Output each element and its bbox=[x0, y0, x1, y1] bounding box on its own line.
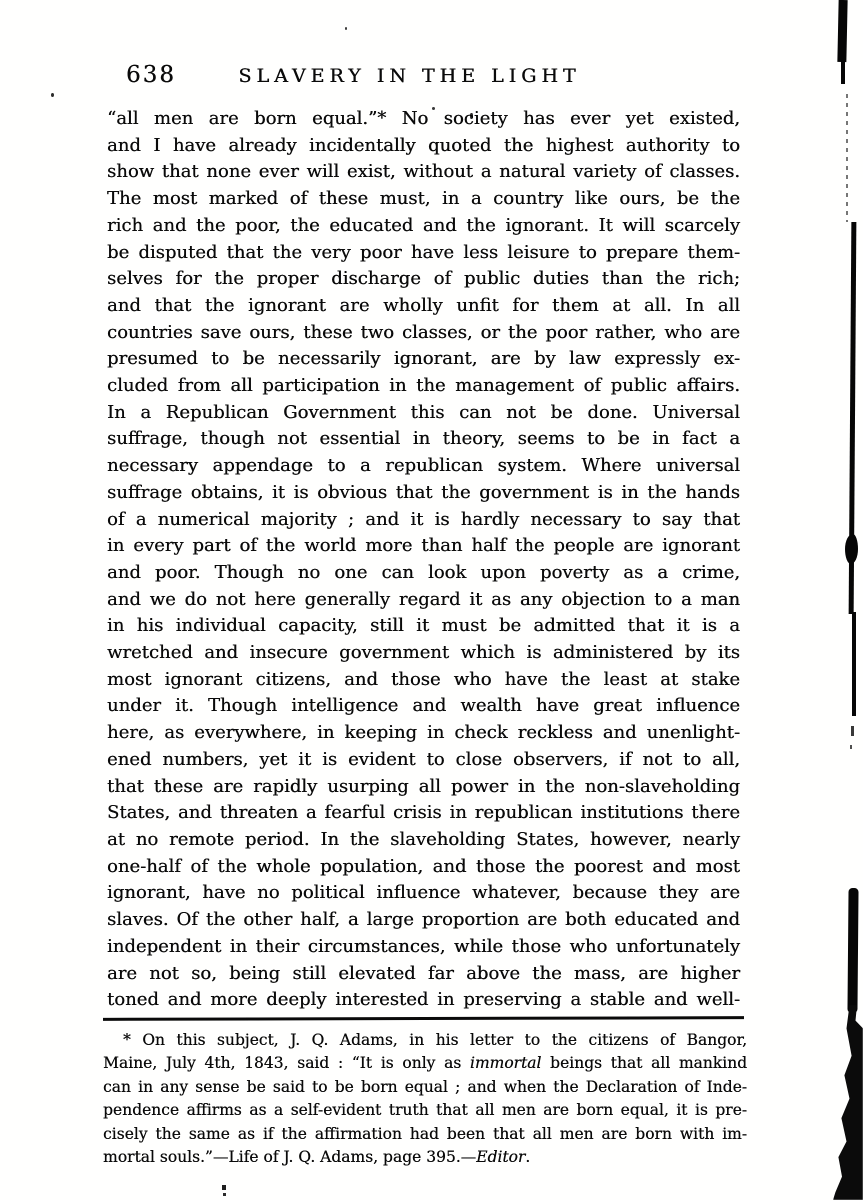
body-text-line: under it. Though intelligence and wealth… bbox=[107, 693, 740, 720]
footnote: * On this subject, J. Q. Adams, in his l… bbox=[103, 1029, 747, 1169]
body-text-line: In a Republican Government this can not … bbox=[107, 400, 740, 427]
footnote-text: mortal souls.”—Life of J. Q. Adams, page… bbox=[103, 1148, 476, 1166]
body-text-line: in his individual capacity, still it mus… bbox=[107, 613, 740, 640]
body-text-line: ignorant, have no political influence wh… bbox=[107, 880, 740, 907]
footnote-line: Maine, July 4th, 1843, said : “It is onl… bbox=[103, 1052, 747, 1075]
scan-artifact-bottom-mark-2 bbox=[223, 1193, 226, 1196]
body-text-line: rich and the poor, the educated and the … bbox=[107, 213, 740, 240]
footnote-line: can in any sense be said to be born equa… bbox=[103, 1076, 747, 1099]
body-text-line: be disputed that the very poor have less… bbox=[107, 240, 740, 267]
scan-artifact-right-line-lower bbox=[852, 612, 856, 716]
scan-artifact-right-dot-2 bbox=[850, 745, 852, 749]
scan-artifact-top-right-taper bbox=[841, 60, 845, 84]
body-text-line: independent in their circumstances, whil… bbox=[107, 934, 740, 961]
scan-artifact-speck-2 bbox=[345, 27, 347, 30]
body-text-line: most ignorant citizens, and those who ha… bbox=[107, 667, 740, 694]
body-text-line: necessary appendage to a republican syst… bbox=[107, 453, 740, 480]
body-text-line: are not so, being still elevated far abo… bbox=[107, 961, 740, 988]
book-page: 638 SLAVERY IN THE LIGHT “all men are bo… bbox=[0, 0, 863, 1200]
body-text-line: selves for the proper discharge of publi… bbox=[107, 266, 740, 293]
body-text-line: and that the ignorant are wholly unfit f… bbox=[107, 293, 740, 320]
footnote-rule bbox=[103, 1016, 744, 1021]
footnote-text: * On this subject, J. Q. Adams, in his l… bbox=[123, 1031, 747, 1049]
body-text-line: of a numerical majority ; and it is hard… bbox=[107, 507, 740, 534]
body-text-line: “all men are born equal.”* No society ha… bbox=[107, 106, 740, 133]
body-text-line: at no remote period. In the slaveholding… bbox=[107, 827, 740, 854]
body-text-line: States, and threaten a fearful crisis in… bbox=[107, 800, 740, 827]
scan-artifact-speck-4 bbox=[432, 107, 435, 110]
body-text-line: one-half of the whole population, and th… bbox=[107, 854, 740, 881]
body-text-line: slaves. Of the other half, a large propo… bbox=[107, 907, 740, 934]
scan-artifact-top-right-bar bbox=[837, 0, 847, 62]
footnote-text: pendence affirms as a self-evident truth… bbox=[103, 1101, 747, 1119]
body-text-line: The most marked of these must, in a coun… bbox=[107, 186, 740, 213]
body-text-line: ened numbers, yet it is evident to close… bbox=[107, 747, 740, 774]
body-text-line: suffrage obtains, it is obvious that the… bbox=[107, 480, 740, 507]
footnote-line: cisely the same as if the affirmation ha… bbox=[103, 1123, 747, 1146]
body-text-line: presumed to be necessarily ignorant, are… bbox=[107, 346, 740, 373]
footnote-text: . bbox=[525, 1148, 530, 1166]
body-text-line: and I have already incidentally quoted t… bbox=[107, 133, 740, 160]
page-header: 638 SLAVERY IN THE LIGHT bbox=[107, 61, 740, 93]
scan-artifact-bottom-mark-1 bbox=[222, 1185, 226, 1190]
body-text: “all men are born equal.”* No society ha… bbox=[107, 106, 740, 1014]
running-head: SLAVERY IN THE LIGHT bbox=[93, 65, 726, 87]
body-text-line: suffrage, though not essential in theory… bbox=[107, 426, 740, 453]
body-text-line: wretched and insecure government which i… bbox=[107, 640, 740, 667]
body-text-line: show that none ever will exist, without … bbox=[107, 159, 740, 186]
footnote-line: mortal souls.”—Life of J. Q. Adams, page… bbox=[103, 1146, 747, 1169]
body-text-line: cluded from all participation in the man… bbox=[107, 373, 740, 400]
body-text-line: countries save ours, these two classes, … bbox=[107, 320, 740, 347]
body-text-line: and poor. Though no one can look upon po… bbox=[107, 560, 740, 587]
footnote-text: cisely the same as if the affirmation ha… bbox=[103, 1125, 747, 1143]
footnote-line: pendence affirms as a self-evident truth… bbox=[103, 1099, 747, 1122]
scan-artifact-speck-1 bbox=[51, 93, 54, 97]
footnote-italic-text: immortal bbox=[470, 1054, 542, 1072]
scan-artifact-dotted-line bbox=[846, 94, 848, 222]
body-text-line: and we do not here generally regard it a… bbox=[107, 587, 740, 614]
footnote-italic-text: Editor bbox=[476, 1148, 525, 1166]
footnote-text: Maine, July 4th, 1843, said : “It is onl… bbox=[103, 1054, 470, 1072]
scan-artifact-right-streak bbox=[847, 888, 858, 1013]
body-text-line: in every part of the world more than hal… bbox=[107, 533, 740, 560]
footnote-text: beings that all mankind bbox=[541, 1054, 747, 1072]
body-text-line: toned and more deeply interested in pres… bbox=[107, 987, 740, 1014]
scan-artifact-right-dot-1 bbox=[851, 726, 854, 736]
scan-artifact-bottom-smudge bbox=[833, 1005, 863, 1200]
scan-artifact-right-blob bbox=[845, 534, 858, 564]
footnote-text: can in any sense be said to be born equa… bbox=[103, 1078, 747, 1096]
scan-artifact-speck-3 bbox=[470, 113, 473, 119]
body-text-line: that these are rapidly usurping all powe… bbox=[107, 774, 740, 801]
body-text-line: here, as everywhere, in keeping in check… bbox=[107, 720, 740, 747]
footnote-line: * On this subject, J. Q. Adams, in his l… bbox=[103, 1029, 747, 1052]
